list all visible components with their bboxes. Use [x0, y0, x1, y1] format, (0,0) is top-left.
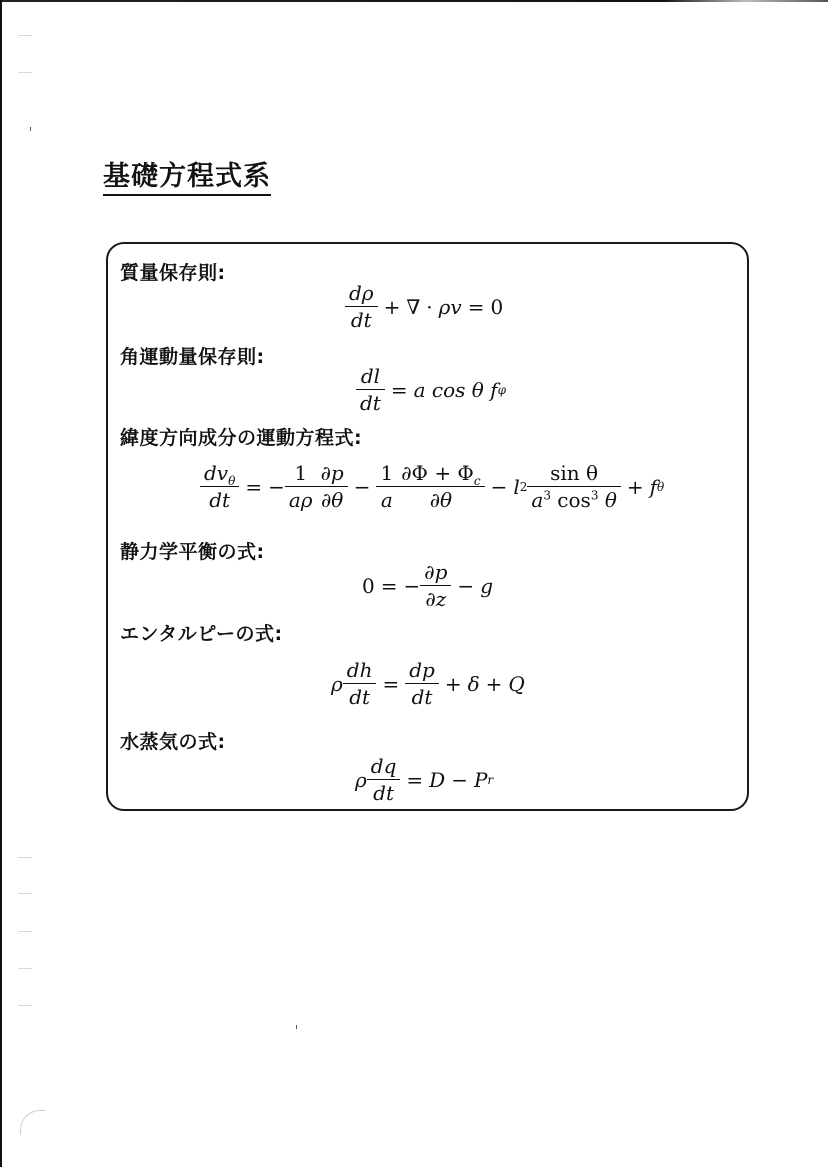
fraction: ∂Φ + Φc ∂θ — [399, 463, 482, 510]
equation-enthalpy: ρ dh dt = dp dt + δ + Q — [331, 660, 525, 707]
scan-edge-left — [0, 0, 2, 1167]
equation-mass-conservation: dρ dt + ∇ · ρv = 0 — [345, 283, 503, 330]
fraction: dρ dt — [347, 283, 376, 330]
binder-mark — [18, 931, 32, 932]
fraction: dq dt — [369, 756, 399, 803]
equation-hydrostatic-balance: 0 = − ∂p ∂z − g — [362, 562, 493, 609]
fraction: ∂p ∂θ — [319, 463, 346, 510]
binder-mark — [18, 35, 32, 36]
fraction: dvθ dt — [202, 463, 237, 510]
scan-edge-top — [0, 0, 828, 2]
fraction: dp dt — [407, 660, 437, 707]
fraction: dh dt — [345, 660, 375, 707]
punch-hole-arc — [20, 1110, 45, 1135]
section-label-water-vapor: 水蒸気の式: — [120, 731, 226, 753]
section-label-mass-conservation: 質量保存則: — [120, 262, 226, 284]
equation-meridional-momentum: dvθ dt = − 1 aρ ∂p ∂θ − 1 a ∂Φ + Φc ∂θ −… — [200, 463, 664, 510]
binder-mark — [18, 72, 32, 73]
fraction: ∂p ∂z — [422, 562, 449, 609]
fraction: 1 a — [378, 463, 395, 510]
section-label-hydrostatic-balance: 静力学平衡の式: — [120, 541, 265, 563]
binder-mark — [18, 857, 32, 858]
equation-angular-momentum: dl dt = a cos θ fφ — [356, 366, 506, 413]
page-title: 基礎方程式系 — [103, 162, 271, 196]
scan-speck — [296, 1025, 297, 1029]
section-label-enthalpy: エンタルピーの式: — [120, 623, 283, 645]
binder-mark — [18, 893, 32, 894]
scan-speck — [30, 127, 31, 131]
fraction: 1 aρ — [287, 463, 315, 510]
section-label-angular-momentum: 角運動量保存則: — [120, 346, 265, 368]
binder-mark — [18, 1005, 32, 1006]
binder-mark — [18, 968, 32, 969]
section-label-meridional-momentum: 緯度方向成分の運動方程式: — [120, 427, 362, 449]
fraction: sin θ a3 cos3 θ — [529, 463, 619, 510]
fraction: dl dt — [358, 366, 383, 413]
equation-water-vapor: ρ dq dt = D − Pr — [355, 756, 493, 803]
